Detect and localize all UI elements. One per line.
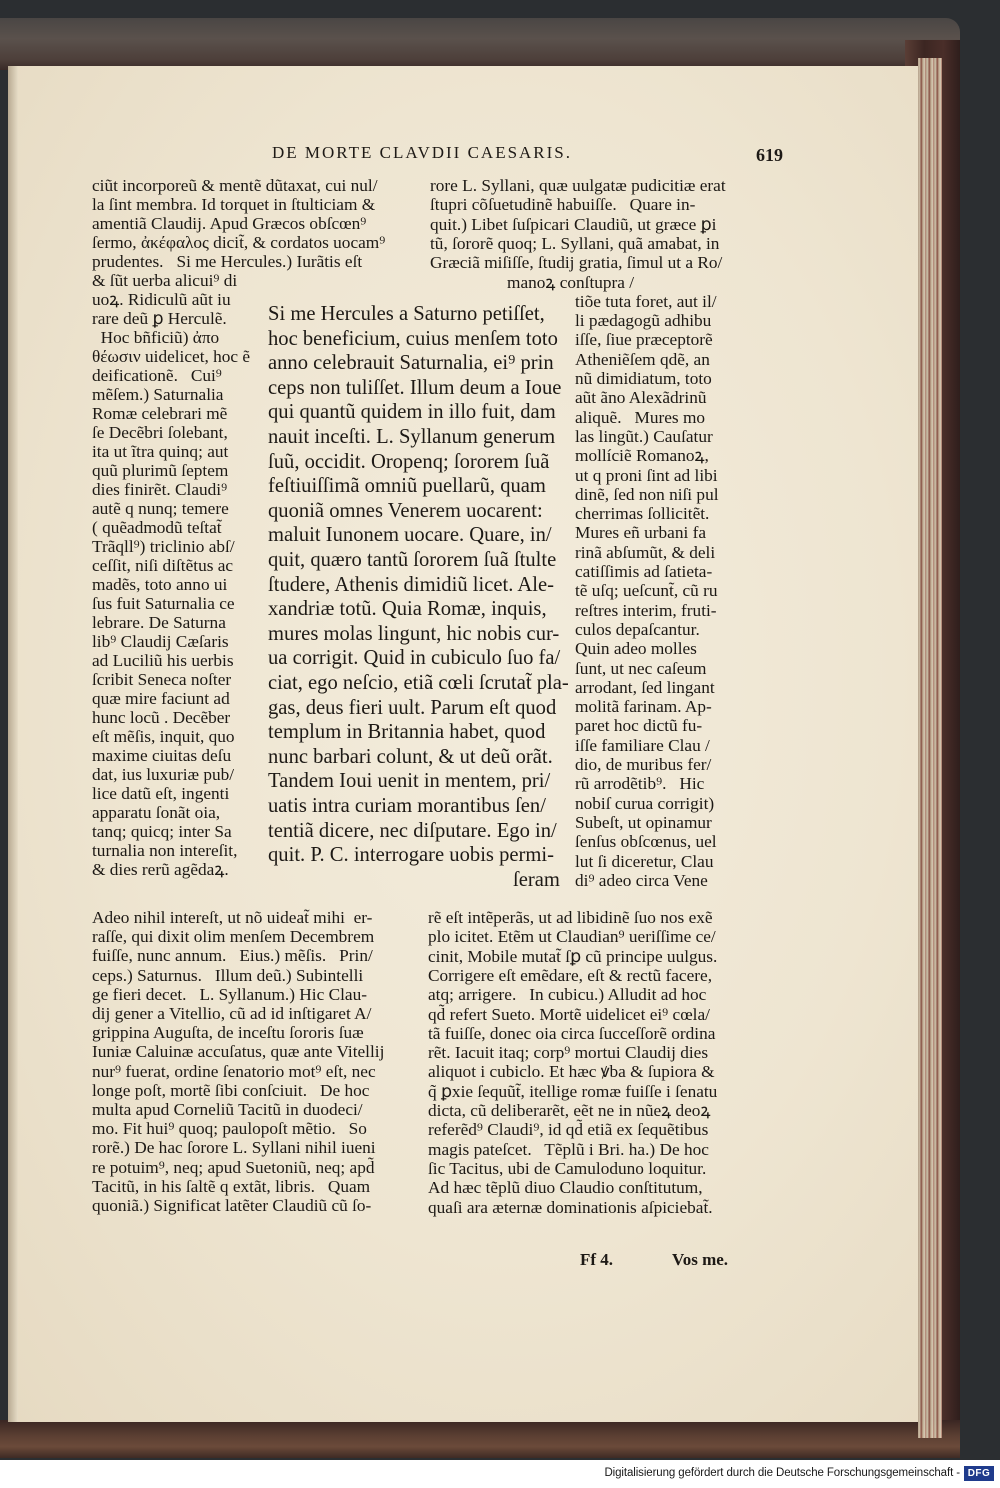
commentary-bottom-right-line: Corrigere eſt emẽdare, eſt & rectũ facer… (428, 967, 712, 984)
commentary-bottom-right-line: q̃ ꝑxie ſequũt̃, itellige romæ fuiſſe i … (428, 1083, 717, 1100)
commentary-right-line: tẽ uſq; ueſcunt̃, cũ ru (575, 582, 718, 599)
commentary-right-line: di⁹ adeo circa Vene (575, 872, 708, 889)
commentary-left-line: θέωσιν uidelicet, hoc ẽ (92, 348, 250, 365)
commentary-right-line: Quin adeo molles (575, 640, 697, 657)
commentary-bottom-left-line: grippina Auguſta, de inceſtu ſororis ſuæ (92, 1024, 364, 1041)
commentary-right-line: mollíciẽ Romanoꝝ, (575, 447, 709, 464)
commentary-left-line: tanq; quicq; inter Sa (92, 823, 232, 840)
main-text-line: nauit inceſti. L. Syllanum generum (268, 427, 555, 448)
commentary-left-line: la ſint membra. Id torquet in ſtulticiam… (92, 196, 375, 213)
commentary-bottom-left-line: multa apud Corneliũ Tacitũ in duodeci/ (92, 1101, 363, 1118)
main-text-line: nunc barbari colunt, & ut deũ orãt. (268, 747, 553, 768)
commentary-right-line: iſſe, ſiue præceptorẽ (575, 331, 713, 348)
running-head: DE MORTE CLAVDII CAESARIS. (272, 143, 572, 163)
commentary-bottom-left-line: re potuim⁹, neq; apud Suetoniũ, neq; apd… (92, 1159, 374, 1176)
commentary-bottom-right-line: rẽt. Iacuit itaq; corp⁹ mortui Claudij d… (428, 1044, 708, 1061)
main-text-line: hoc beneficium, cuius menſem toto (268, 329, 558, 350)
main-text-line: ua corrigit. Quid in cubiculo ſuo fa/ (268, 648, 560, 669)
commentary-bottom-left-line: longe poſt, mortẽ ſibi conſciuit. De hoc (92, 1082, 369, 1099)
commentary-left-line: lebrare. De Saturna (92, 614, 226, 631)
commentary-left-line: madẽs, toto anno ui (92, 576, 227, 593)
commentary-right-line: li pædagogũ adhibu (575, 312, 711, 329)
commentary-left-line: quæ mire faciunt ad (92, 690, 230, 707)
commentary-right-line: catiſſimis ad ſatieta- (575, 563, 712, 580)
main-text-line: ſeram (513, 870, 560, 891)
commentary-bottom-right-line: plo icitet. Etẽm ut Claudian⁹ ueriſſime … (428, 928, 716, 945)
commentary-left-line: rare deũ ꝑ Herculẽ. (92, 310, 227, 327)
commentary-right-line: culos depaſcantur. (575, 621, 700, 638)
book-cover-top (0, 18, 960, 70)
main-text-line: templum in Britannia habet, quod (268, 722, 545, 743)
commentary-bottom-left-line: ceps.) Saturnus. Illum deũ.) Subintelli (92, 967, 363, 984)
main-text-line: ſuũ, occidit. Oropenq; ſororem ſuã (268, 452, 549, 473)
main-text-line: quit, quæro tantũ ſororem ſuã ſtulte (268, 550, 556, 571)
main-text-line: tentiã dicere, nec diſputare. Ego in/ (268, 821, 557, 842)
commentary-right-line: rore L. Syllani, quæ uulgatæ pudicitiæ e… (430, 177, 726, 194)
commentary-left-line: lib⁹ Claudij Cæſaris (92, 633, 229, 650)
commentary-left-line: hunc locũ . Decẽber (92, 709, 230, 726)
commentary-right-line: ſenſus obſcœnus, uel (575, 833, 717, 850)
commentary-left-line: ( quẽadmodũ teſtat̃ (92, 519, 222, 536)
commentary-bottom-right-line: atq; arrigere. In cubicu.) Alludit ad ho… (428, 986, 706, 1003)
commentary-bottom-left-line: fuiſſe, nunc annum. Eius.) mẽſis. Prin/ (92, 947, 373, 964)
commentary-bottom-left-line: Adeo nihil intereſt, ut nõ uideat̃ mihi … (92, 909, 372, 926)
commentary-bottom-right-line: magis pateſcet. Tẽplũ i Bri. ha.) De hoc (428, 1141, 709, 1158)
commentary-right-line: ſunt, ut nec caſeum (575, 660, 706, 677)
commentary-left-line: deificationẽ. Cui⁹ (92, 367, 222, 384)
commentary-right-line: cherrimas ſollicitẽt. (575, 505, 709, 522)
commentary-left-line: ciũt incorporeũ & mentẽ dũtaxat, cui nul… (92, 177, 378, 194)
commentary-left-line: quũ plurimũ ſeptem (92, 462, 228, 479)
commentary-left-line: Romæ celebrari mẽ (92, 405, 227, 422)
commentary-right-line: molitã farinam. Ap- (575, 698, 712, 715)
commentary-right-line: iſſe familiare Clau / (575, 737, 710, 754)
commentary-left-line: Hoc bñficiũ) ἀπο (92, 329, 219, 346)
commentary-bottom-right-line: dicta, cũ deliberarẽt, eẽt ne in nũeꝝ de… (428, 1102, 710, 1119)
commentary-bottom-left-line: Iuniæ Caluinæ accuſatus, quæ ante Vitell… (92, 1043, 384, 1060)
commentary-left-line: eſt mẽſis, inquit, quo (92, 728, 235, 745)
commentary-bottom-right-line: ſic Tacitus, ubi de Camuloduno loquitur. (428, 1160, 706, 1177)
digitization-footer: Digitalisierung gefördert durch die Deut… (0, 1460, 1000, 1488)
commentary-left-line: ceſſit, niſi diſtẽtus ac (92, 557, 233, 574)
commentary-right-line: Subeſt, ut opinamur (575, 814, 712, 831)
page-number: 619 (756, 145, 783, 166)
commentary-right-line: reſtres interim, fruti- (575, 602, 717, 619)
commentary-right-line: Atheniẽſem qdẽ, an (575, 351, 710, 368)
commentary-left-line: ſe Decẽbri ſolebant, (92, 424, 228, 441)
commentary-bottom-left-line: Tacitũ, in his ſaltẽ q extãt, libris. Qu… (92, 1178, 370, 1195)
commentary-right-line: ut q proni ſint ad libi (575, 467, 718, 484)
commentary-left-line: apparatu ſonãt oia, (92, 804, 220, 821)
main-text-line: quoniã omnes Venerem uocarent: (268, 501, 543, 522)
commentary-right-line: lut ſi diceretur, Clau (575, 853, 713, 870)
commentary-right-line: paret hoc dictũ fu- (575, 717, 702, 734)
commentary-right-line: las lingũt.) Cauſatur (575, 428, 713, 445)
commentary-bottom-right-line: quaſi ara æternæ dominationis aſpiciebat… (428, 1199, 713, 1216)
commentary-left-line: dies finirẽt. Claudi⁹ (92, 481, 227, 498)
commentary-right-line: rũ arrodẽtib⁹. Hic (575, 775, 704, 792)
page-gutter (8, 66, 18, 1422)
commentary-right-line: tũ, ſororẽ quoq; L. Syllani, quã amabat,… (430, 235, 719, 252)
commentary-right-line: aũt ãno Alexãdrinũ (575, 389, 707, 406)
commentary-right-line: rinã abſumũt, & deli (575, 544, 715, 561)
commentary-left-line: ſermo, ἀκέφαλος dicit̃, & cordatos uocam… (92, 234, 385, 251)
commentary-left-line: ſcribit Seneca noſter (92, 671, 231, 688)
commentary-bottom-right-line: Ad hæc tẽplũ diuo Claudio conſtitutum, (428, 1179, 703, 1196)
commentary-left-line: ad Luciliũ his uerbis (92, 652, 234, 669)
commentary-left-line: Trãqll⁹) triclinio abſ/ (92, 538, 235, 555)
commentary-bottom-left-line: quoniã.) Significat latẽter Claudiũ cũ ſ… (92, 1197, 371, 1214)
main-text-line: xandriæ totũ. Quia Romæ, inquis, (268, 599, 547, 620)
dfg-logo: DFG (964, 1466, 994, 1481)
commentary-left-line: uoꝝ. Ridiculũ aũt iu (92, 291, 231, 308)
commentary-right-line: dio, de muribus fer/ (575, 756, 711, 773)
main-text-line: mures molas lingunt, hic nobis cur- (268, 624, 559, 645)
catchword: Vos me. (672, 1250, 728, 1270)
page-edges (918, 58, 942, 1438)
main-text-line: Si me Hercules a Saturno petiſſet, (268, 304, 545, 325)
scan-background: DE MORTE CLAVDII CAESARIS. 619 ciũt inco… (0, 0, 1000, 1460)
commentary-bottom-right-line: referẽd⁹ Claudi⁹, id qd̃ etiã ex ſequẽti… (428, 1121, 708, 1138)
commentary-bottom-right-line: rẽ eſt intẽperãs, ut ad libidinẽ ſuo nos… (428, 909, 713, 926)
commentary-left-line: & dies rerũ agẽdaꝝ. (92, 861, 229, 878)
main-text-line: ciat, ego neſcio, etiã cœli ſcrutat̃ pla… (268, 673, 569, 694)
commentary-right-line: ſtupri cõſuetudinẽ habuiſſe. Quare in- (430, 196, 695, 213)
commentary-left-line: prudentes. Si me Hercules.) Iurãtis eſt (92, 253, 362, 270)
commentary-right-line: Mures eñ urbani fa (575, 524, 706, 541)
commentary-left-line: maxime ciuitas deſu (92, 747, 231, 764)
commentary-right-line: Græciã miſiſſe, ſtudij gratia, ſimul ut … (430, 254, 722, 271)
commentary-left-line: & ſũt uerba alicui⁹ di (92, 272, 237, 289)
commentary-left-line: ſus fuit Saturnalia ce (92, 595, 235, 612)
main-text-line: Tandem Ioui uenit in mentem, pri/ (268, 771, 550, 792)
commentary-right-line: nũ dimidiatum, toto (575, 370, 712, 387)
main-text-line: maluit Iunonem uocare. Quare, in/ (268, 525, 552, 546)
commentary-bottom-right-line: qd̃ refert Sueto. Mortẽ uidelicet ei⁹ cœ… (428, 1006, 710, 1023)
commentary-right-line: arrodant, ſed lingant (575, 679, 715, 696)
commentary-bottom-left-line: rorẽ.) De hac ſorore L. Syllani nihil iu… (92, 1139, 376, 1156)
commentary-bottom-left-line: mo. Fit hui⁹ quoq; paulopoſt mẽtio. So (92, 1120, 367, 1137)
commentary-left-line: dat, ius luxuriæ pub/ (92, 766, 234, 783)
commentary-bottom-left-line: ge fieri decet. L. Syllanum.) Hic Clau- (92, 986, 367, 1003)
commentary-left-line: amentiã Claudij. Apud Græcos obſcœn⁹ (92, 215, 366, 232)
main-text-line: qui quantũ quidem in illo fuit, dam (268, 402, 556, 423)
commentary-left-line: lice datũ eſt, ingenti (92, 785, 229, 802)
commentary-right-line: tiõe tuta foret, aut il/ (575, 293, 717, 310)
commentary-bottom-right-line: aliquot i cubiclo. Et hæc ꝟba & ſupiora … (428, 1063, 715, 1080)
commentary-right-line: dinẽ, ſed non niſi pul (575, 486, 719, 503)
signature-mark: Ff 4. (580, 1250, 613, 1270)
commentary-left-line: turnalia non intereſit, (92, 842, 237, 859)
main-text-line: ſtudere, Athenis dimidiũ licet. Ale- (268, 575, 554, 596)
commentary-right-line: nobiſ curua corrigit) (575, 795, 714, 812)
commentary-bottom-left-line: nur⁹ fuerat, ordine ſenatorio mot⁹ eſt, … (92, 1063, 376, 1080)
main-text-line: ceps non tuliſſet. Illum deum a Ioue (268, 378, 561, 399)
book-cover-bottom (0, 1420, 960, 1458)
commentary-left-line: ita ut ĩtra quinq; aut (92, 443, 228, 460)
footer-credit: Digitalisierung gefördert durch die Deut… (604, 1467, 960, 1479)
main-text-line: quit. P. C. interrogare uobis permi- (268, 845, 554, 866)
commentary-bottom-left-line: raſſe, qui dixit olim menſem Decembrem (92, 928, 374, 945)
commentary-left-line: autẽ q nunq; temere (92, 500, 229, 517)
main-text-line: uatis intra curiam morantibus ſen/ (268, 796, 546, 817)
main-text-line: gas, deus fieri uult. Parum eſt quod (268, 698, 556, 719)
commentary-bottom-right-line: tã fuiſſe, donec oia circa ſucceſſorẽ or… (428, 1025, 715, 1042)
main-text-line: feſtiuiſſimã omniũ puellarũ, quam (268, 476, 546, 497)
commentary-bottom-left-line: dij gener a Vitellio, cũ ad id inſtigare… (92, 1005, 371, 1022)
commentary-right-line: quit.) Libet ſuſpicari Claudiũ, ut græce… (430, 216, 716, 233)
main-text-line: anno celebrauit Saturnalia, ei⁹ prin (268, 353, 554, 374)
commentary-left-line: mẽſem.) Saturnalia (92, 386, 223, 403)
commentary-right-line: aliquẽ. Mures mo (575, 409, 705, 426)
commentary-bottom-right-line: cinit, Mobile mutat̃ ſꝑ cũ principe uulg… (428, 948, 717, 965)
commentary-right-line: manoꝝ conſtupra / (507, 274, 634, 291)
